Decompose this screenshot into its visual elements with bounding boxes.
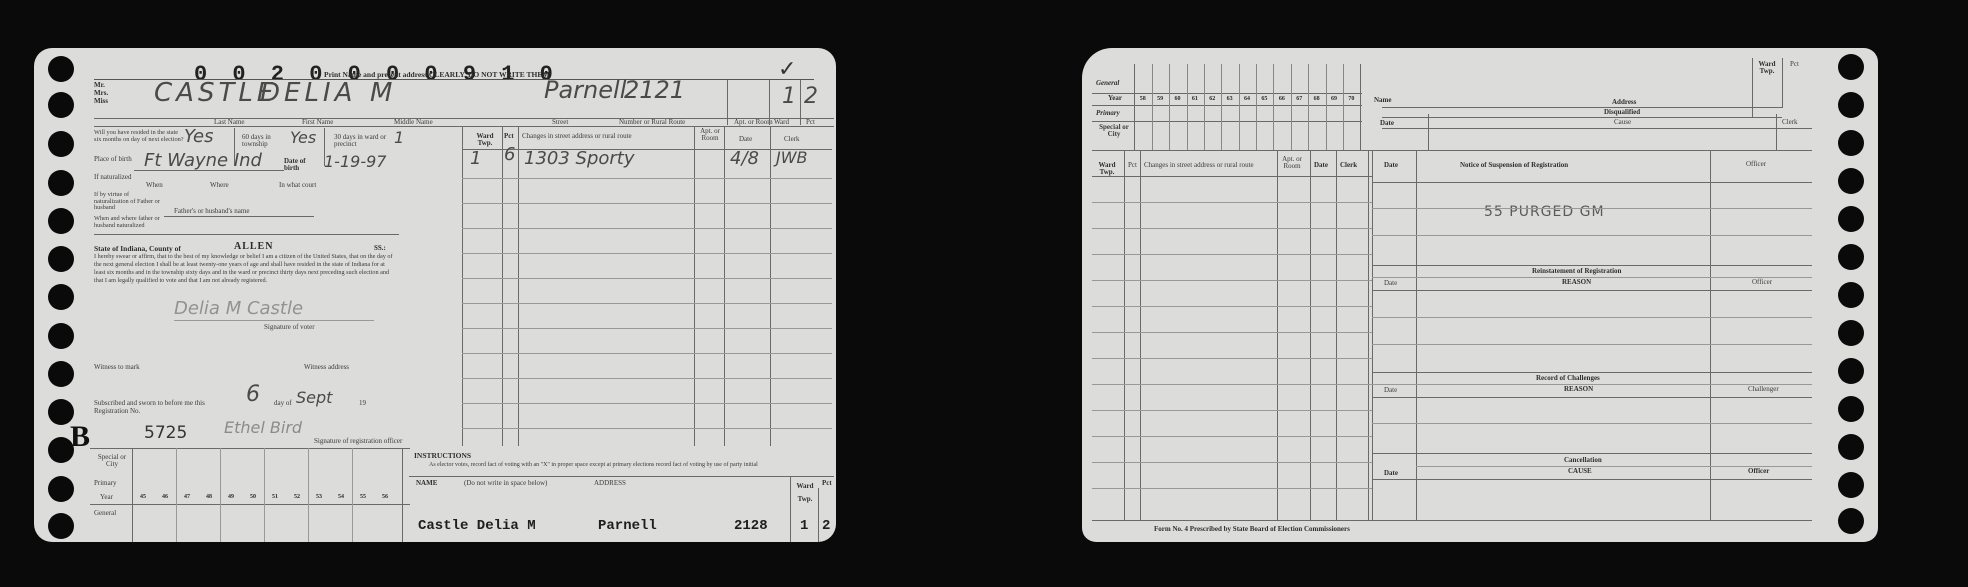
ss-label: SS.: bbox=[374, 245, 386, 252]
changes-header-clerk: Clerk bbox=[784, 136, 800, 143]
punch-hole bbox=[48, 246, 74, 272]
punch-hole bbox=[48, 56, 74, 82]
punch-hole bbox=[1838, 282, 1864, 308]
resided-township-question: 60 days in township bbox=[242, 134, 297, 149]
back-ward-label: Ward Twp. bbox=[1754, 61, 1780, 76]
state-county-label: State of Indiana, County of bbox=[94, 245, 181, 253]
street-value: Parnell bbox=[544, 76, 626, 104]
back-grid-label-year: Year bbox=[1108, 95, 1122, 102]
registration-no-label: Registration No. bbox=[94, 408, 140, 415]
year-cell: 47 bbox=[176, 494, 198, 500]
changes-row-address: 1303 Sporty bbox=[524, 148, 635, 169]
year-cell: 65 bbox=[1256, 96, 1273, 102]
registration-number: 5725 bbox=[144, 423, 187, 443]
back-changes-header-address: Changes in street address or rural route bbox=[1144, 162, 1254, 169]
year-cell: 69 bbox=[1325, 96, 1342, 102]
year-cell: 70 bbox=[1343, 96, 1360, 102]
purged-stamp: 55 PURGED GM bbox=[1484, 204, 1605, 220]
back-disqualified-label: Disqualified bbox=[1604, 109, 1640, 116]
grid-label-general: General bbox=[94, 510, 116, 517]
year-cell: 59 bbox=[1151, 96, 1168, 102]
year-cell: 55 bbox=[352, 494, 374, 500]
resided-ward-value: 1 bbox=[394, 128, 404, 147]
father-husband-when-label: When and where father or husband natural… bbox=[94, 216, 164, 229]
middle-name-value: M bbox=[370, 78, 392, 108]
subscribed-day: 6 bbox=[246, 382, 260, 407]
cancellation-header-officer: Officer bbox=[1748, 468, 1769, 475]
typed-pct: 2 bbox=[822, 518, 830, 534]
day-of-label: day of bbox=[274, 400, 292, 407]
suspension-header-date: Date bbox=[1384, 162, 1398, 169]
house-number-value: 2121 bbox=[624, 76, 685, 104]
county-value: ALLEN bbox=[234, 241, 273, 252]
front-year-row: 45 46 47 48 49 50 51 52 53 54 55 56 bbox=[132, 494, 402, 500]
back-clerk-label: Clerk bbox=[1782, 119, 1798, 126]
reinstatement-title: Reinstatement of Registration bbox=[1532, 268, 1621, 275]
witness-address-label: Witness address bbox=[304, 364, 349, 371]
year-cell: 60 bbox=[1169, 96, 1186, 102]
punch-hole bbox=[48, 323, 74, 349]
grid-label-primary: Primary bbox=[94, 480, 117, 487]
father-husband-label: If by virtue of naturalization of Father… bbox=[94, 192, 164, 212]
year-cell: 48 bbox=[198, 494, 220, 500]
registration-officer-signature: Ethel Bird bbox=[224, 418, 302, 437]
punch-hole bbox=[48, 170, 74, 196]
punch-hole bbox=[1838, 396, 1864, 422]
punch-hole bbox=[1838, 54, 1864, 80]
grid-label-special: Special or City bbox=[94, 454, 130, 469]
punch-hole bbox=[48, 513, 74, 539]
punch-hole bbox=[48, 131, 74, 157]
typed-name: Castle Delia M bbox=[418, 518, 536, 534]
bottom-pct-label: Pct bbox=[822, 480, 832, 487]
changes-header-apt: Apt. or Room bbox=[698, 128, 722, 143]
registration-officer-label: Signature of registration officer bbox=[314, 438, 402, 445]
punch-hole bbox=[1838, 320, 1864, 346]
registration-card-front: 0 0 2 0 0 0 0 9 1 0 Print Name and prese… bbox=[34, 48, 836, 542]
punch-hole bbox=[1838, 92, 1864, 118]
resided-state-question: Will you have resided in the state six m… bbox=[94, 130, 184, 143]
back-cause-label: Cause bbox=[1614, 119, 1631, 126]
back-changes-header-apt: Apt. or Room bbox=[1280, 156, 1304, 171]
challenges-header-challenger: Challenger bbox=[1748, 386, 1779, 393]
resided-township-value: Yes bbox=[290, 128, 316, 147]
resided-ward-question: 30 days in ward or precinct bbox=[334, 134, 394, 149]
back-grid-label-general: General bbox=[1096, 80, 1119, 87]
year-cell: 50 bbox=[242, 494, 264, 500]
grid-label-year: Year bbox=[100, 494, 113, 501]
check-mark: ✓ bbox=[778, 56, 796, 82]
father-husband-name-label: Father's or husband's name bbox=[174, 208, 249, 215]
changes-header-pct: Pct bbox=[504, 133, 514, 140]
date-of-birth-label: Date of birth bbox=[284, 158, 318, 173]
punch-hole bbox=[1838, 434, 1864, 460]
place-of-birth-value: Ft Wayne Ind bbox=[144, 150, 262, 171]
year-cell: 68 bbox=[1308, 96, 1325, 102]
year-cell: 51 bbox=[264, 494, 286, 500]
challenges-header-date: Date bbox=[1384, 387, 1397, 394]
voter-signature: Delia M Castle bbox=[174, 298, 303, 319]
resided-state-value: Yes bbox=[184, 126, 213, 147]
cancellation-header-date: Date bbox=[1384, 470, 1398, 477]
year-cell: 61 bbox=[1186, 96, 1203, 102]
year-cell: 52 bbox=[286, 494, 308, 500]
punch-hole bbox=[1838, 472, 1864, 498]
changes-row-pct: 6 bbox=[504, 144, 515, 165]
challenges-header-reason: REASON bbox=[1564, 386, 1593, 393]
year-cell: 67 bbox=[1291, 96, 1308, 102]
top-instruction: Print Name and present address CLEARLY. … bbox=[324, 71, 549, 79]
changes-header-ward: Ward Twp. bbox=[472, 133, 498, 148]
changes-header-address: Changes in street address or rural route bbox=[522, 133, 632, 140]
registration-card-back: General Year Primary Special or City 58 … bbox=[1082, 48, 1878, 542]
bottom-name-label: NAME bbox=[416, 480, 437, 487]
year-cell: 53 bbox=[308, 494, 330, 500]
year-cell: 66 bbox=[1273, 96, 1290, 102]
back-date-label: Date bbox=[1380, 120, 1394, 127]
year-cell: 46 bbox=[154, 494, 176, 500]
punch-hole bbox=[48, 476, 74, 502]
witness-mark-label: Witness to mark bbox=[94, 364, 140, 371]
voter-signature-label: Signature of voter bbox=[264, 324, 315, 331]
where-label: Where bbox=[210, 182, 229, 189]
year-cell: 45 bbox=[132, 494, 154, 500]
punch-hole bbox=[1838, 244, 1864, 270]
punch-hole bbox=[48, 284, 74, 310]
last-name-value: CASTLE bbox=[154, 78, 277, 108]
year-cell: 63 bbox=[1221, 96, 1238, 102]
year-cell: 56 bbox=[374, 494, 396, 500]
year-cell: 54 bbox=[330, 494, 352, 500]
pct-value: 2 bbox=[804, 84, 818, 109]
back-changes-header-ward: Ward Twp. bbox=[1094, 162, 1120, 177]
bottom-ward-label: Ward Twp. bbox=[794, 480, 816, 506]
punch-hole bbox=[48, 361, 74, 387]
subscribed-month: Sept bbox=[296, 388, 332, 407]
oath-text: I hereby swear or affirm, that to the be… bbox=[94, 253, 394, 285]
year-cell: 58 bbox=[1134, 96, 1151, 102]
changes-row-date: 4/8 bbox=[730, 148, 759, 169]
punch-hole bbox=[1838, 168, 1864, 194]
punch-hole bbox=[48, 208, 74, 234]
year-suffix: 19 bbox=[359, 400, 366, 407]
punch-hole bbox=[1838, 508, 1864, 534]
punch-hole bbox=[1838, 206, 1864, 232]
reinstatement-header-date: Date bbox=[1384, 280, 1397, 287]
year-cell: 62 bbox=[1204, 96, 1221, 102]
typed-street: Parnell bbox=[598, 518, 657, 534]
reinstatement-header-reason: REASON bbox=[1562, 279, 1591, 286]
back-changes-header-clerk: Clerk bbox=[1340, 162, 1357, 169]
typed-ward: 1 bbox=[800, 518, 808, 534]
back-name-label: Name bbox=[1374, 97, 1392, 104]
reinstatement-header-officer: Officer bbox=[1752, 279, 1772, 286]
date-of-birth-value: 1-19-97 bbox=[324, 152, 386, 171]
cancellation-header-cause: CAUSE bbox=[1568, 468, 1592, 475]
back-address-label: Address bbox=[1612, 99, 1636, 106]
back-pct-label: Pct bbox=[1790, 61, 1799, 68]
back-changes-header-pct: Pct bbox=[1128, 162, 1137, 169]
what-court-label: In what court bbox=[279, 182, 316, 189]
cancellation-title: Cancellation bbox=[1564, 457, 1602, 464]
changes-row-clerk: JWB bbox=[776, 148, 808, 167]
section-letter: B bbox=[70, 420, 90, 454]
form-footer: Form No. 4 Prescribed by State Board of … bbox=[1154, 526, 1350, 533]
punch-hole bbox=[48, 92, 74, 118]
suspension-header-notice: Notice of Suspension of Registration bbox=[1460, 162, 1568, 169]
typed-number: 2128 bbox=[734, 518, 768, 534]
year-cell: 49 bbox=[220, 494, 242, 500]
back-grid-label-special: Special or City bbox=[1096, 124, 1132, 139]
bottom-address-label: ADDRESS bbox=[594, 480, 626, 487]
ward-value: 1 bbox=[782, 84, 796, 109]
instructions-title: INSTRUCTIONS bbox=[414, 452, 471, 460]
bottom-do-not-write: (Do not write in space below) bbox=[464, 480, 547, 487]
punch-hole bbox=[1838, 358, 1864, 384]
first-name-value: DELIA bbox=[260, 78, 356, 108]
changes-header-date: Date bbox=[739, 136, 752, 143]
when-label: When bbox=[146, 182, 163, 189]
challenges-title: Record of Challenges bbox=[1536, 375, 1600, 382]
place-of-birth-label: Place of birth bbox=[94, 156, 134, 163]
changes-row-ward: 1 bbox=[470, 148, 481, 169]
back-grid-label-primary: Primary bbox=[1096, 110, 1120, 117]
year-cell: 64 bbox=[1238, 96, 1255, 102]
punch-hole bbox=[1838, 130, 1864, 156]
salutation-miss: Miss bbox=[94, 98, 108, 105]
suspension-header-officer: Officer bbox=[1746, 161, 1766, 168]
back-changes-header-date: Date bbox=[1314, 162, 1328, 169]
instructions-text: As elector votes, record fact of voting … bbox=[429, 461, 829, 469]
naturalized-label: If naturalized bbox=[94, 174, 134, 181]
